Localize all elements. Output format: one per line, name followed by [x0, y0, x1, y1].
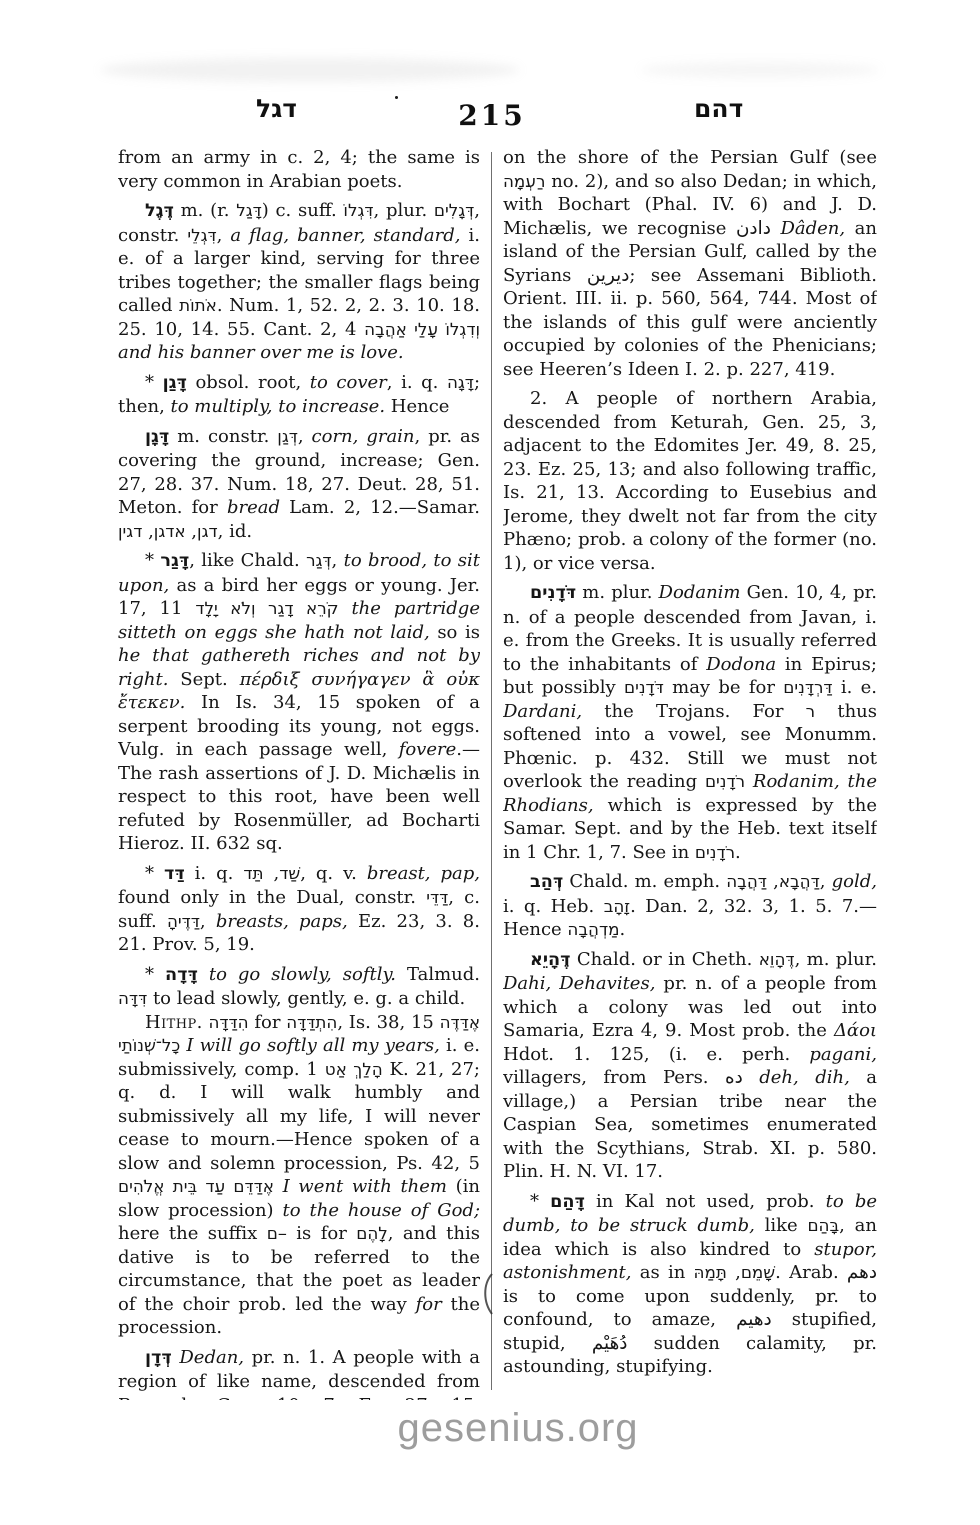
text-run: m. constr. [169, 426, 277, 447]
text-run: , [263, 863, 279, 884]
entry-paragraph: * דָּדָה to go slowly, softly. Talmud. ד… [118, 963, 480, 1011]
hebrew-word: אדגן [154, 521, 186, 541]
text-run: in Kal not used, prob. [585, 1191, 826, 1212]
text-run: on the shore of the Persian Gulf (see [503, 147, 877, 168]
hebrew-word: דַּרְדָּנִים [783, 677, 832, 697]
hebrew-headword: דָּדָה [165, 965, 198, 985]
hebrew-word: דָּגָה [447, 372, 474, 392]
italic-text: I will go softly all my years, [186, 1035, 439, 1056]
hebrew-word: דָּגַל [236, 200, 262, 220]
hebrew-word: הָלַךְ אַט [325, 1059, 383, 1079]
hebrew-word: דֶּהָוֵא [759, 949, 795, 969]
italic-text: gold, [832, 871, 877, 892]
italic-text: for [416, 1294, 442, 1315]
hebrew-headword: דֶּהָיֵא [530, 950, 571, 970]
greek-text: Δάοι [834, 1020, 877, 1041]
hebrew-word: דְּגַן [277, 426, 298, 446]
arabic-word: ده [725, 1067, 743, 1088]
smallcaps-label: Hithp. [145, 1012, 203, 1033]
text-run: , [332, 550, 344, 571]
hebrew-word: הִדַּדָּה [208, 1012, 248, 1032]
text-run: the Trojans. For [582, 701, 806, 722]
text-run: Talmud. [396, 964, 480, 985]
hebrew-word: רַעְמָה [503, 171, 545, 191]
hebrew-word: תַּד [243, 863, 263, 883]
hebrew-word: דַּדֶּיהָ [167, 911, 200, 931]
entry-paragraph: from an army in c. 2, 4; the same is ver… [118, 146, 480, 193]
hebrew-headword: דֹּדָנִים [530, 583, 576, 603]
hebrew-word: דגין [118, 521, 142, 541]
scan-smudge-artifact [640, 62, 880, 78]
hebrew-word: בָּהַם [807, 1215, 839, 1235]
text-run: for [249, 1012, 287, 1033]
italic-text: corn, grain [312, 426, 415, 447]
text-run: m. plur. [576, 582, 658, 603]
hebrew-word: דַּדֵּי [426, 887, 448, 907]
italic-text: Dahi, Dehavites, [503, 973, 655, 994]
text-run: from an army in c. 2, 4; the same is ver… [118, 147, 480, 192]
hebrew-headword: דָּהַם [550, 1192, 585, 1212]
arabic-word: دهم [847, 1262, 877, 1283]
arabic-word: ديرين [587, 265, 630, 286]
hebrew-headword: דָּגַן [163, 373, 187, 393]
text-run [274, 1176, 283, 1197]
column-left: from an army in c. 2, 4; the same is ver… [118, 146, 480, 1400]
text-run: * [145, 372, 163, 393]
text-run: . [619, 919, 625, 940]
ink-brace-artifact [481, 1272, 495, 1316]
text-run: i. q. [185, 863, 244, 884]
entry-paragraph: * דַּד i. q. שַׁד, תַּד, q. v. breast, p… [118, 862, 480, 957]
hebrew-word: ר [806, 701, 815, 721]
text-run: , [820, 871, 832, 892]
italic-text: a flag, banner, standard, [230, 225, 460, 246]
hebrew-word: קֹרֵא דָגַר וְלֹא יָלָד [195, 598, 338, 618]
text-run: , plur. [374, 200, 434, 221]
entry-paragraph: * דָּהַם in Kal not used, prob. to be du… [503, 1190, 877, 1379]
italic-text: Dodona [706, 654, 776, 675]
hebrew-word: אֹתוֹת [179, 295, 217, 315]
hebrew-word: ם [267, 1223, 278, 1243]
entry-paragraph: דֶּהָיֵא Chald. or in Cheth. דֶּהָוֵא, m… [503, 948, 877, 1184]
italic-text: breasts, paps, [216, 911, 348, 932]
hebrew-word: שָׁמֵם [741, 1262, 775, 1282]
hebrew-word: זָהָב [604, 896, 630, 916]
hebrew-headword: דָּגָן [145, 427, 169, 447]
italic-text: Dedan, [179, 1347, 244, 1368]
entry-paragraph: on the shore of the Persian Gulf (see רַ… [503, 146, 877, 381]
text-run: * [145, 964, 165, 985]
text-run: so is [430, 622, 480, 643]
text-run: Chald. m. emph. [563, 871, 726, 892]
italic-text: Dâden, [780, 218, 845, 239]
hebrew-word: דֹּדָנִים [624, 677, 664, 697]
column-right: on the shore of the Persian Gulf (see רַ… [503, 146, 877, 1400]
text-run: , [200, 911, 216, 932]
entry-paragraph: * דָּגַן obsol. root, to cover, i. q. דָ… [118, 371, 480, 419]
hebrew-word: מַדְהֲבָה [567, 919, 619, 939]
italic-text: and his banner over me is love. [118, 342, 404, 363]
text-run: i. q. Heb. [503, 896, 604, 917]
italic-text: breast, pap, [367, 863, 480, 884]
entry-paragraph: 2. A people of northern Arabia, descende… [503, 387, 877, 575]
text-run: i. e. [833, 677, 877, 698]
entry-paragraph: דָּגָן m. constr. דְּגַן, corn, grain, p… [118, 425, 480, 544]
text-run: , like Chald. [189, 550, 306, 571]
hebrew-word: תָּמַהּ [694, 1262, 727, 1282]
text-run: Hence [385, 396, 449, 417]
text-run: , [142, 521, 153, 542]
italic-text: to the house of God; [283, 1200, 481, 1221]
text-run: , [298, 426, 312, 447]
text-run [198, 964, 209, 985]
text-run: like [755, 1215, 808, 1236]
entry-paragraph: דְּדָן Dedan, pr. n. 1. A people with a … [118, 1346, 480, 1401]
hebrew-headword: דֶּגֶל [145, 201, 174, 221]
ink-speck [395, 96, 398, 99]
scan-smudge-artifact [100, 58, 520, 82]
arabic-word: دهيم [736, 1309, 772, 1330]
hebrew-word: דְּגָלִים [434, 200, 474, 220]
text-run: may be for [664, 677, 783, 698]
entry-paragraph: דֶּגֶל m. (r. דָּגַל) c. suff. דִּגְלוֹ,… [118, 199, 480, 365]
running-head-right-hebrew: דהם [694, 94, 743, 123]
column-divider-rule [491, 152, 492, 1390]
hebrew-word: רֹדָנִים [705, 771, 745, 791]
text-run: villagers, from Pers. [503, 1067, 725, 1088]
text-run: . [735, 842, 741, 863]
entry-paragraph: דְּהַב Chald. m. emph. דַּהֲבָא, דַּהֲבָ… [503, 870, 877, 942]
text-run [745, 771, 753, 792]
text-run: Chald. or in Cheth. [571, 949, 759, 970]
entry-paragraph: דֹּדָנִים m. plur. Dodanim Gen. 10, 4, p… [503, 581, 877, 864]
italic-text: pagani, [809, 1044, 877, 1065]
text-run: * [530, 1191, 550, 1212]
text-run: – is for [278, 1223, 356, 1244]
text-run: , [727, 1262, 741, 1283]
italic-text: bread [227, 497, 280, 518]
text-run [339, 598, 352, 619]
hebrew-word: לָהֶם [356, 1223, 388, 1243]
hebrew-word: הִתְדַּדָּה [286, 1012, 337, 1032]
hebrew-word: שַׁד [279, 863, 300, 883]
italic-text: deh, dih, [759, 1067, 850, 1088]
italic-text: fovere [399, 739, 457, 760]
scanned-lexicon-page: דגל 215 דהם from an army in c. 2, 4; the… [0, 0, 980, 1525]
hebrew-word: דִּגְלֵי [187, 225, 216, 245]
text-run: , Is. 38, 15 [337, 1012, 439, 1033]
text-run: , id. [218, 521, 252, 542]
text-run: , i. q. [387, 372, 447, 393]
text-run: ) c. suff. [262, 200, 344, 221]
text-run: Sept. [168, 669, 239, 690]
italic-text: to go slowly, softly. [209, 964, 396, 985]
text-run: 2. A people of northern Arabia, descende… [503, 388, 877, 574]
text-run: as in [632, 1262, 694, 1283]
italic-text: Dodanim [659, 582, 741, 603]
hebrew-word: וְדִגְלוֹ עָלַי אַהֲבָה [364, 319, 480, 339]
page-number: 215 [430, 99, 554, 132]
text-run: , [767, 871, 779, 892]
hebrew-word: דְּגַר [306, 550, 331, 570]
italic-text: to multiply, to increase. [171, 396, 386, 417]
hebrew-headword: דַּד [164, 864, 185, 884]
text-run: , [186, 521, 197, 542]
text-run: here the suffix [118, 1223, 267, 1244]
italic-text: I went with them [283, 1176, 447, 1197]
text-run: m. (r. [174, 200, 236, 221]
hebrew-headword: דָּגַר [160, 551, 189, 571]
text-run: found only in the Dual, constr. [118, 887, 426, 908]
hebrew-word: דִּדָּה [118, 988, 147, 1008]
hebrew-word: רֹדָנִים [695, 842, 735, 862]
text-run: Lam. 2, 12.—Samar. [280, 497, 480, 518]
arabic-word: دادن [736, 218, 771, 239]
running-head-left-hebrew: דגל [256, 94, 297, 123]
text-run: * [145, 550, 160, 571]
text-run: . Arab. [775, 1262, 847, 1283]
hebrew-headword: דְּהַב [530, 872, 563, 892]
hebrew-word: אֶדַּדֵּם עַד בֵּית אֱלֹהִים [118, 1176, 274, 1196]
italic-text: to cover [310, 372, 387, 393]
hebrew-word: דִּגְלוֹ [343, 200, 373, 220]
hebrew-word: דגן [197, 521, 218, 541]
text-run: , [217, 225, 231, 246]
text-run: obsol. root, [187, 372, 310, 393]
watermark-text: gesenius.org [397, 1406, 638, 1451]
text-run [743, 1067, 759, 1088]
text-run: to lead slowly, gently, e. g. a child. [147, 988, 465, 1009]
hebrew-word: דַּהֲבָא [779, 871, 820, 891]
entry-paragraph: * דָּגַר, like Chald. דְּגַר, to brood, … [118, 549, 480, 856]
entry-paragraph: Hithp. הִדַּדָּה for הִתְדַּדָּה, Is. 38… [118, 1011, 480, 1340]
text-run: * [145, 863, 164, 884]
hebrew-headword: דְּדָן [145, 1348, 172, 1368]
italic-text: Dardani, [503, 701, 582, 722]
text-run: , m. plur. [795, 949, 877, 970]
text-run: Hdot. 1. 125, (i. e. perh. [503, 1044, 809, 1065]
text-run [771, 218, 781, 239]
text-run: , q. v. [300, 863, 367, 884]
hebrew-word: דַּהֲבָה [726, 871, 767, 891]
arabic-word: دُهَيْم [592, 1333, 628, 1354]
